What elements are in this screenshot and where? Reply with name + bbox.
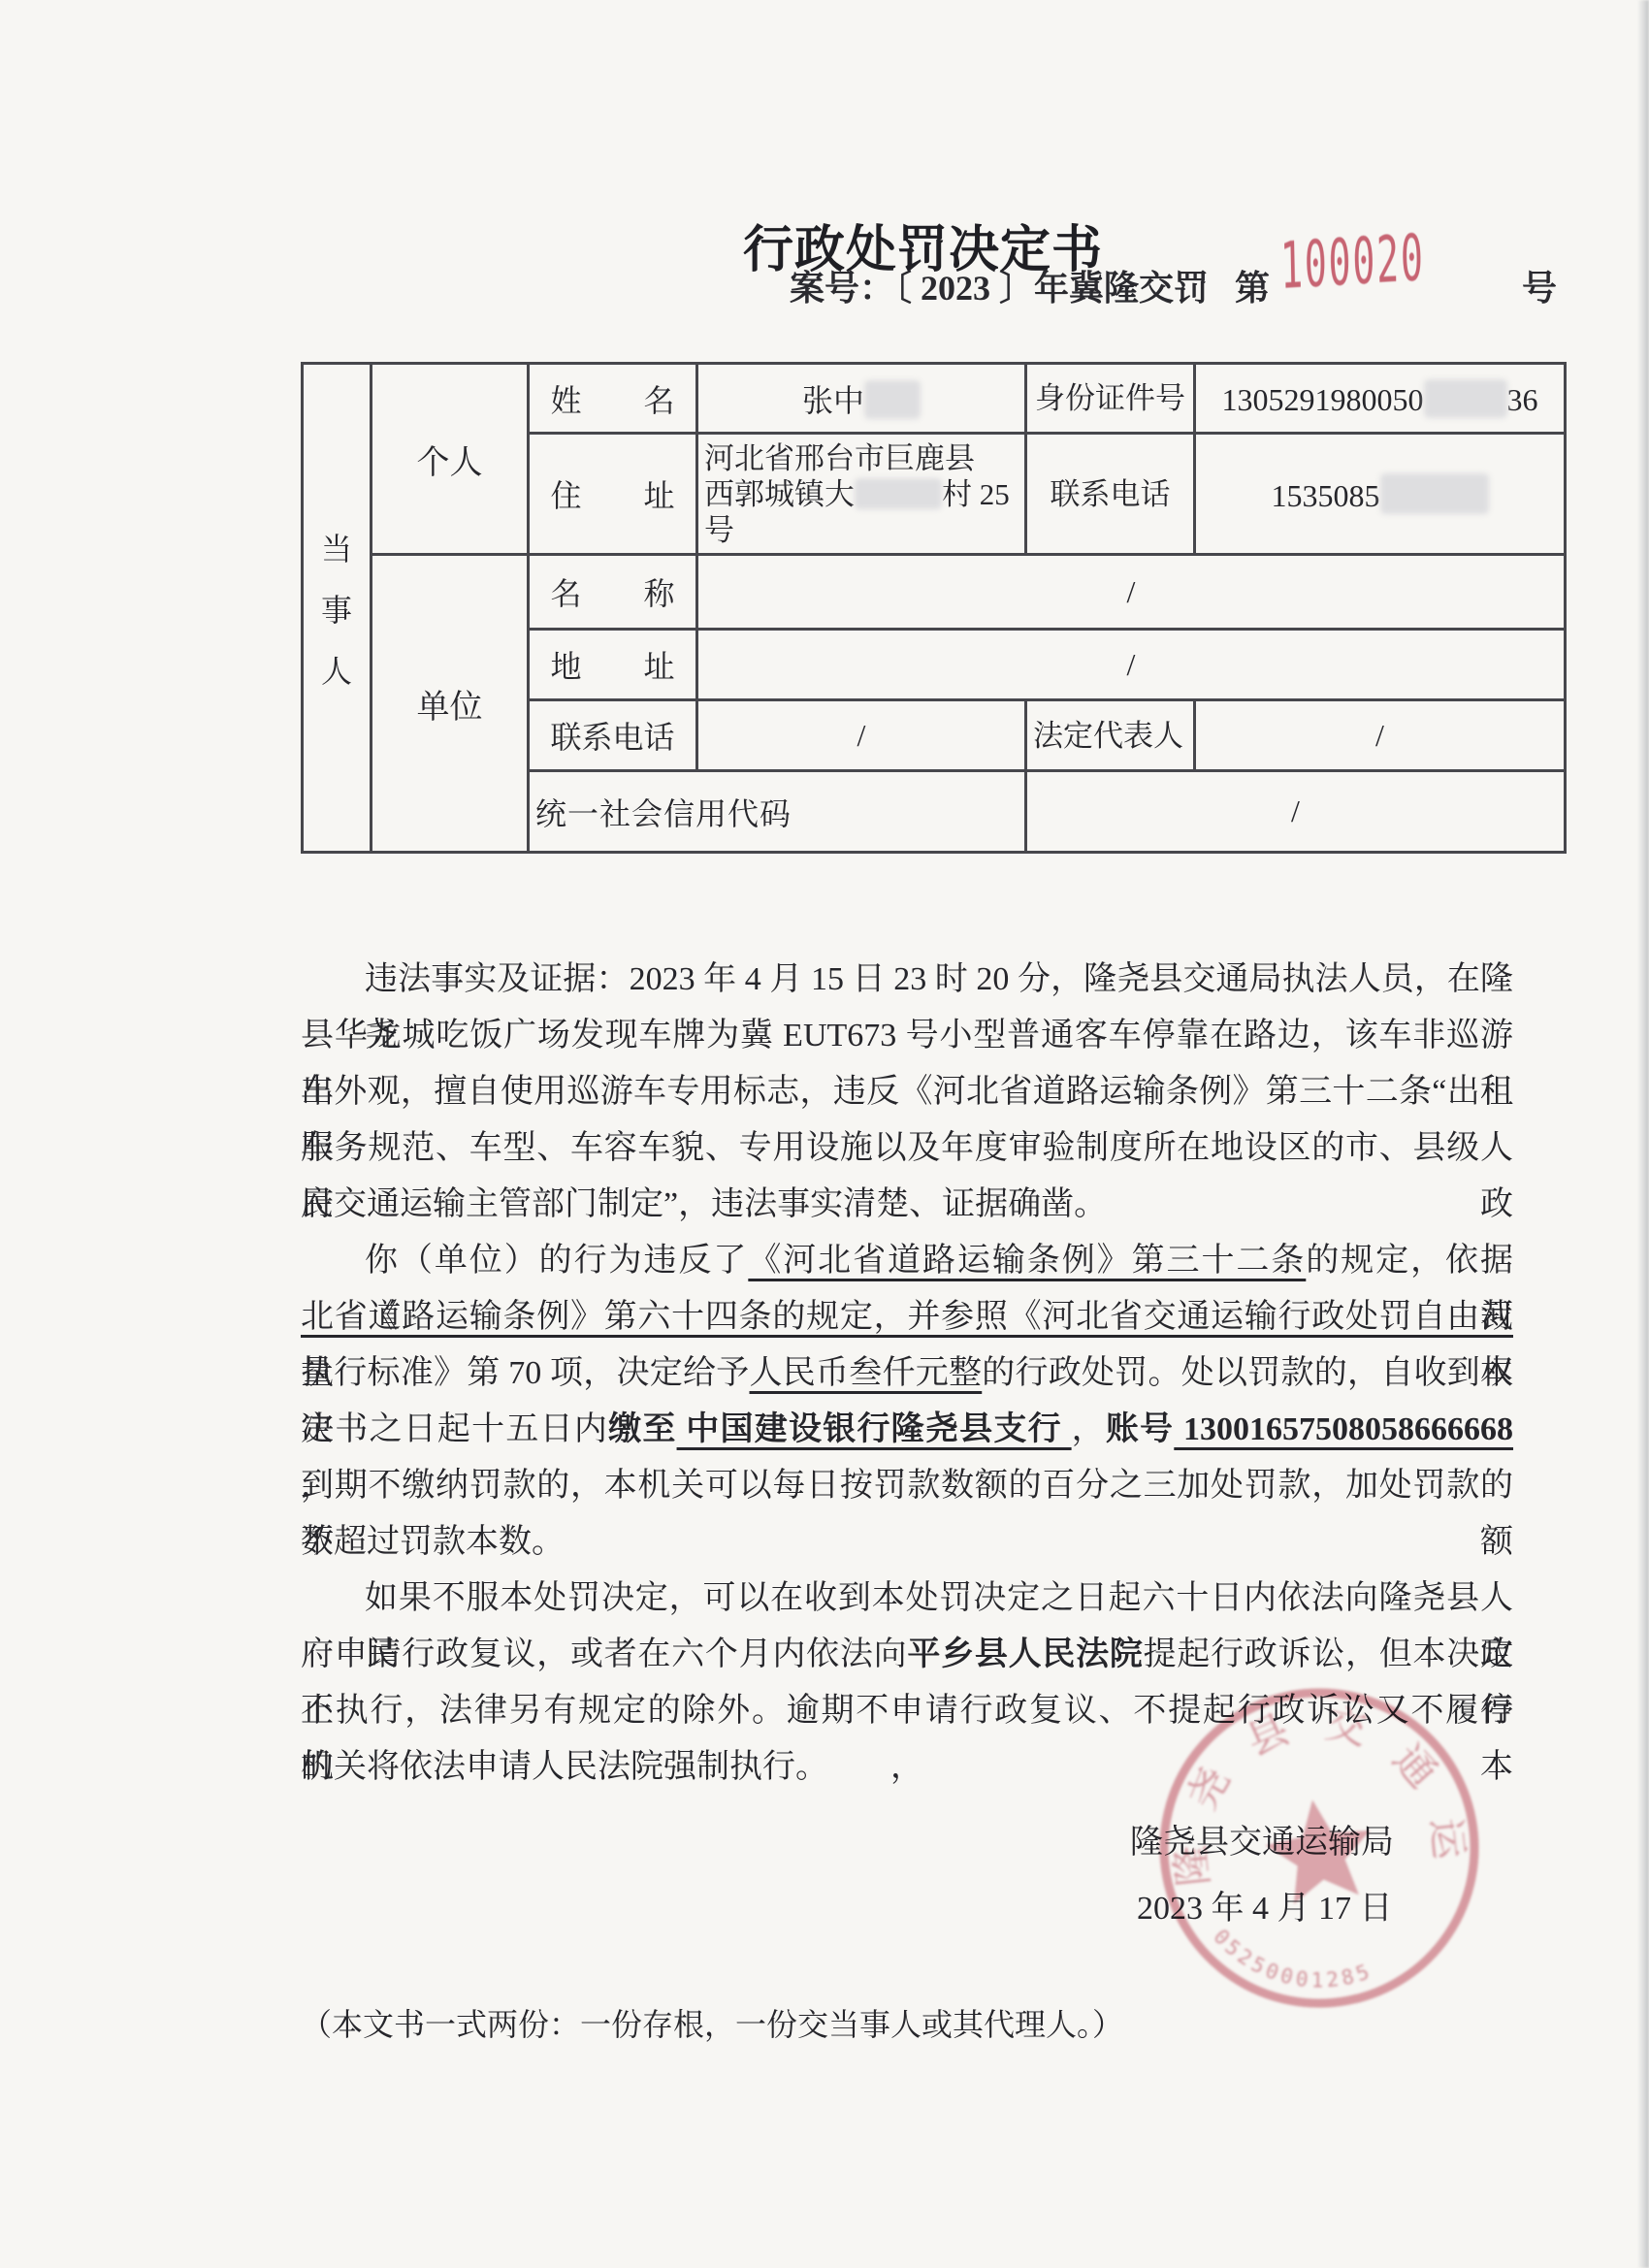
scan-edge-artifact bbox=[1637, 0, 1649, 2268]
legal-rep-value-cell: / bbox=[1195, 700, 1566, 771]
footer-note: （本文书一式两份：一份存根，一份交当事人或其代理人。） bbox=[301, 2001, 1123, 2048]
id-value-prefix: 1305291980050 bbox=[1222, 382, 1424, 417]
party-info-table: 当 事 人 个人 姓 名 张中 身份证件号 130529198005036 住 … bbox=[301, 362, 1567, 854]
penalty-decision-document: 行政处罚决定书 案号：〔 2023 〕年冀隆交罚 第 100020 号 当 事 … bbox=[0, 0, 1649, 2268]
id-label-cell: 身份证件号 bbox=[1026, 364, 1195, 434]
party-label: 当 事 人 bbox=[309, 525, 364, 692]
unit-name-value-cell: / bbox=[697, 555, 1566, 630]
body-line: 服务规范、车型、车容车貌、专用设施以及年度审验制度所在地设区的市、县级人民政 bbox=[301, 1120, 1513, 1177]
body-text-segment: ， bbox=[1072, 1411, 1106, 1447]
address-label-cell: 住 址 bbox=[529, 434, 697, 555]
body-text-segment: 不超过罚款本数。 bbox=[301, 1524, 565, 1560]
unit-address-label-cell: 地 址 bbox=[529, 630, 697, 700]
body-line: 定书之日起十五日内缴至 中国建设银行隆尧县支行 ，账号 130016575080… bbox=[301, 1402, 1513, 1458]
party-label-char: 人 bbox=[321, 647, 352, 692]
body-line: 府申请行政复议，或者在六个月内依法向平乡县人民法院提起行政诉讼，但本决定不停 bbox=[301, 1627, 1513, 1683]
decision-body-text: 违法事实及证据：2023 年 4 月 15 日 23 时 20 分，隆尧县交通局… bbox=[301, 952, 1513, 1796]
body-line: 执行标准》第 70 项，决定给予人民币叁仟元整的行政处罚。处以罚款的，自收到本决 bbox=[301, 1345, 1513, 1402]
issue-date: 2023 年 4 月 17 日 bbox=[1137, 1886, 1393, 1932]
unit-phone-value-cell: / bbox=[697, 700, 1026, 771]
case-number-di: 第 bbox=[1235, 269, 1270, 308]
body-text-segment: 平乡县人民法院 bbox=[907, 1636, 1143, 1672]
case-number-red-stamp: 100020 bbox=[1280, 234, 1426, 291]
address-line-2-post: 村 25 bbox=[942, 477, 1010, 511]
body-text-segment: 缴至 bbox=[608, 1411, 676, 1447]
body-line: 到期不缴纳罚款的，本机关可以每日按罚款数额的百分之三加处罚款，加处罚款的数额 bbox=[301, 1458, 1513, 1514]
body-line: 止执行，法律另有规定的除外。逾期不申请行政复议、不提起行政诉讼又不履行的，本 bbox=[301, 1683, 1513, 1739]
address-line-3: 号 bbox=[704, 512, 1018, 548]
phone-label-cell: 联系电话 bbox=[1026, 434, 1195, 555]
body-text-segment: 府交通运输主管部门制定”，违法事实清楚、证据确凿。 bbox=[301, 1186, 1107, 1222]
address-line-2: 西郭城镇大村 25 bbox=[704, 476, 1018, 512]
name-label-cell: 姓 名 bbox=[529, 364, 697, 434]
name-value: 张中 bbox=[802, 383, 864, 418]
address-line-1: 河北省邢台市巨鹿县 bbox=[704, 440, 1018, 476]
unit-phone-label-cell: 联系电话 bbox=[529, 700, 697, 771]
body-text-segment: 定书之日起十五日内 bbox=[301, 1411, 608, 1447]
case-number-hao: 号 bbox=[1522, 269, 1557, 308]
unit-name-label-cell: 名 称 bbox=[529, 555, 697, 630]
legal-rep-label-cell: 法定代表人 bbox=[1026, 700, 1195, 771]
body-line: 违法事实及证据：2023 年 4 月 15 日 23 时 20 分，隆尧县交通局… bbox=[301, 952, 1513, 1008]
body-text-segment: 人民币叁仟元整 bbox=[750, 1355, 983, 1391]
body-line: 车外观，擅自使用巡游车专用标志，违反《河北省道路运输条例》第三十二条“出租车 bbox=[301, 1064, 1513, 1120]
party-label-cell: 当 事 人 bbox=[303, 364, 372, 853]
unit-group-cell: 单位 bbox=[372, 555, 529, 853]
body-text-segment: 13001657508058666668 bbox=[1174, 1411, 1513, 1447]
phone-value-cell: 1535085 bbox=[1195, 434, 1566, 555]
party-label-char: 事 bbox=[321, 586, 352, 631]
case-number-gap: 100020 bbox=[1278, 264, 1513, 312]
party-label-char: 当 bbox=[321, 525, 352, 569]
issuing-agency: 隆尧县交通运输局 bbox=[1130, 1820, 1394, 1866]
body-line: 如果不服本处罚决定，可以在收到本处罚决定之日起六十日内依法向隆尧县人民政 bbox=[301, 1571, 1513, 1627]
body-line: 县华龙城吃饭广场发现车牌为冀 EUT673 号小型普通客车停靠在路边，该车非巡游… bbox=[301, 1008, 1513, 1064]
phone-redaction bbox=[1380, 473, 1489, 514]
address-redaction bbox=[855, 478, 942, 509]
body-text-segment: 执行标准》第 70 项，决定给予 bbox=[301, 1355, 750, 1391]
body-text-segment: 中国建设银行隆尧县支行 bbox=[677, 1411, 1072, 1447]
case-number-prefix: 案号：〔 2023 〕年冀隆交罚 bbox=[790, 269, 1209, 308]
body-text-segment: 你（单位）的行为违反了 bbox=[365, 1243, 748, 1279]
address-value-cell: 河北省邢台市巨鹿县 西郭城镇大村 25 号 bbox=[697, 434, 1026, 555]
name-value-cell: 张中 bbox=[697, 364, 1026, 434]
name-redaction bbox=[864, 380, 921, 419]
case-number-line: 案号：〔 2023 〕年冀隆交罚 第 100020 号 bbox=[790, 264, 1557, 312]
body-line: 北省道路运输条例》第六十四条的规定，并参照《河北省交通运输行政处罚自由裁量权 bbox=[301, 1289, 1513, 1345]
credit-code-value-cell: / bbox=[1026, 771, 1566, 853]
credit-code-label-cell: 统一社会信用代码 bbox=[529, 771, 1026, 853]
person-group-cell: 个人 bbox=[372, 364, 529, 555]
body-line: 你（单位）的行为违反了《河北省道路运输条例》第三十二条的规定，依据 《河 bbox=[301, 1233, 1513, 1289]
phone-value-prefix: 1535085 bbox=[1272, 478, 1380, 513]
id-value-cell: 130529198005036 bbox=[1195, 364, 1566, 434]
body-text-segment: 《河北省道路运输条例》第三十二条 bbox=[748, 1243, 1306, 1279]
body-text-segment: 的规定，依据 bbox=[1306, 1243, 1513, 1279]
body-text-segment: 北省道路运输条例》第六十四条 bbox=[301, 1299, 772, 1335]
id-redaction bbox=[1424, 379, 1507, 418]
id-value-suffix: 36 bbox=[1507, 382, 1538, 417]
body-text-segment: 账号 bbox=[1106, 1411, 1174, 1447]
unit-address-value-cell: / bbox=[697, 630, 1566, 700]
body-text-segment: 府申请行政复议，或者在六个月内依法向 bbox=[301, 1636, 907, 1672]
body-text-segment: 机关将依法申请人民法院强制执行。 bbox=[301, 1749, 828, 1785]
address-line-2-pre: 西郭城镇大 bbox=[704, 477, 855, 511]
